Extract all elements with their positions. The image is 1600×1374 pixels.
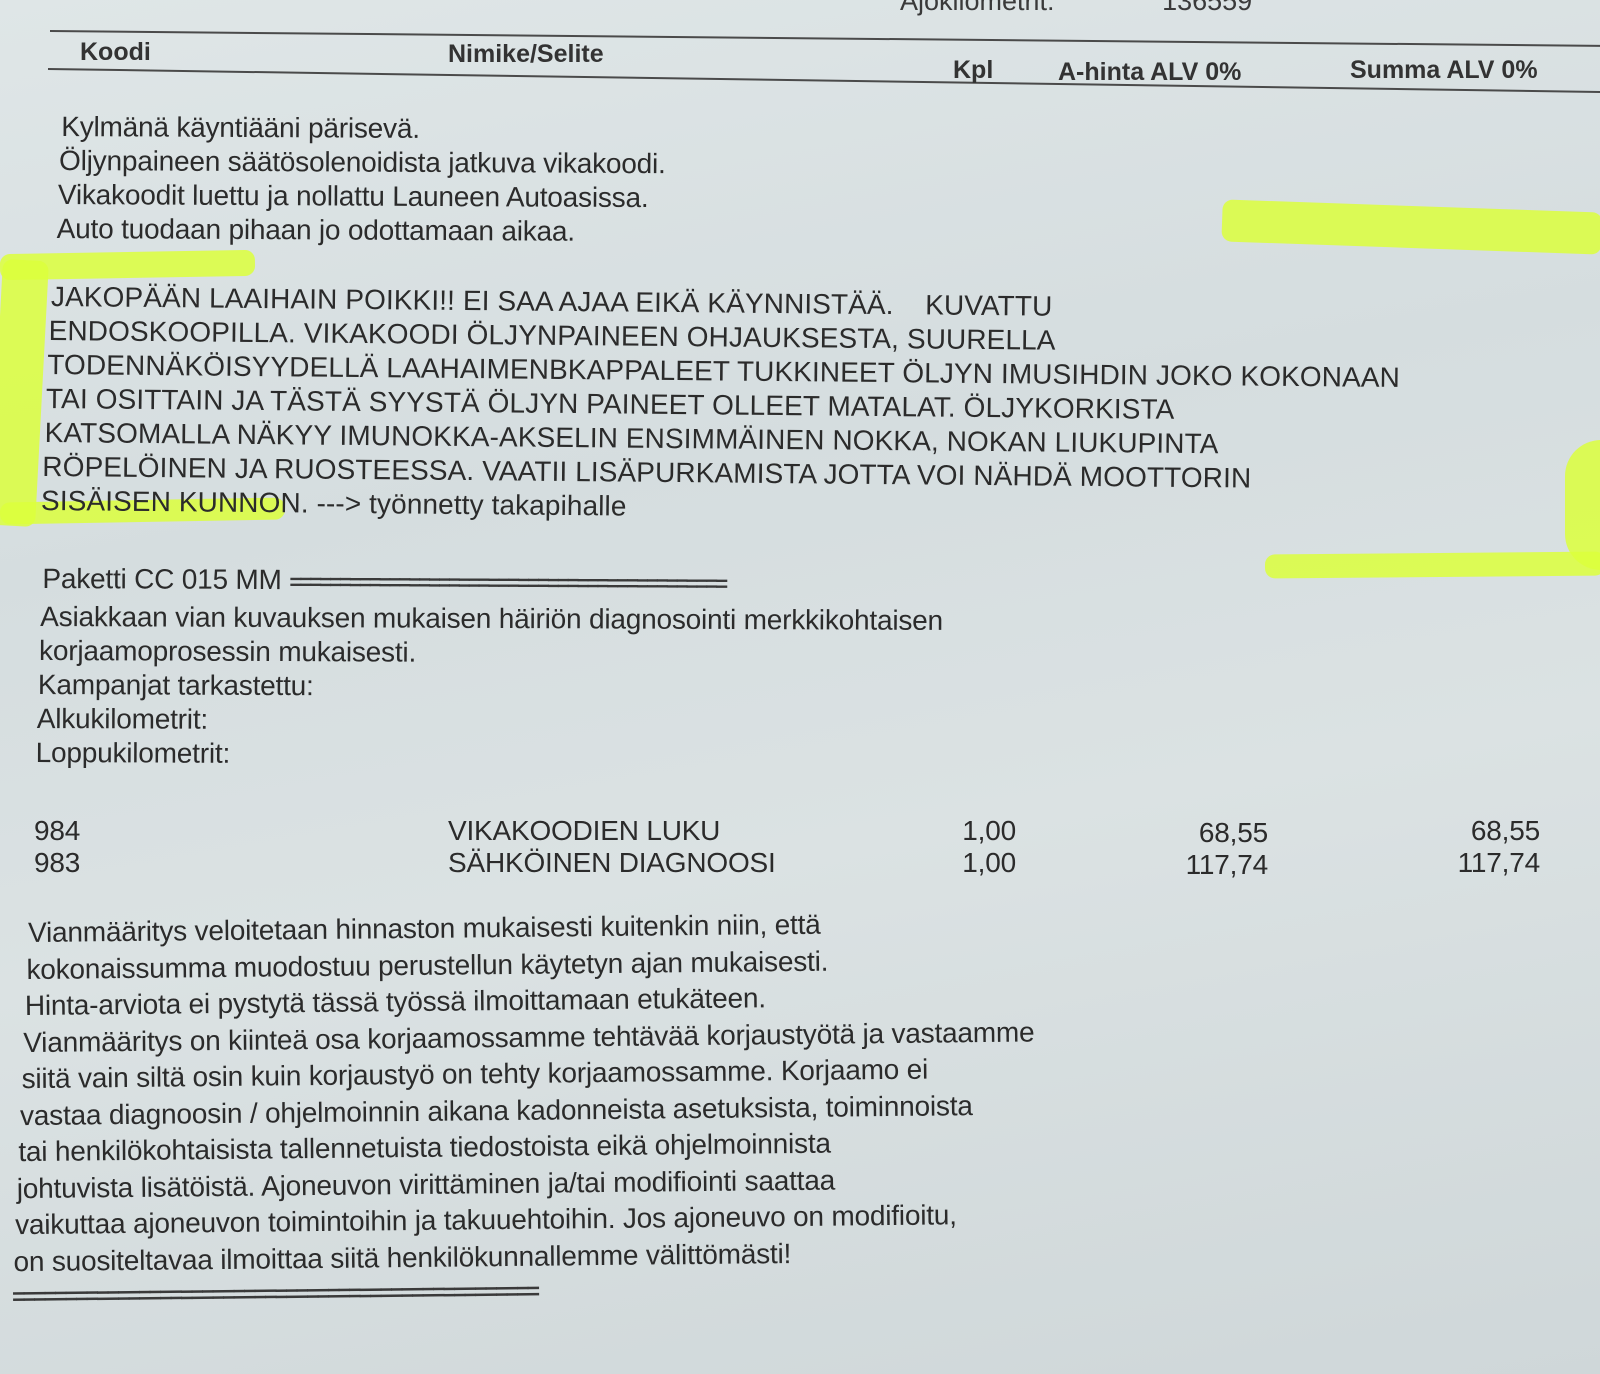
item-code: 984	[34, 814, 80, 848]
note-line: Öljynpaineen säätösolenoidista jatkuva v…	[59, 144, 666, 181]
highlighter-mark-top-right	[1221, 199, 1600, 254]
package-block: Paketti CC 015 MM ======================…	[40, 562, 944, 774]
col-header-unit-price: A-hinta ALV 0%	[1058, 58, 1241, 87]
package-line: Alkukilometrit:	[37, 702, 943, 740]
item-code: 983	[34, 846, 80, 880]
item-qty: 1,00	[900, 846, 1016, 880]
col-header-description: Nimike/Selite	[448, 40, 604, 69]
invoice-photo: Ajokilometrit: 136559 Koodi Nimike/Selit…	[0, 0, 1600, 1374]
package-title-row: Paketti CC 015 MM ======================…	[42, 562, 943, 604]
terms-block: Vianmääritys veloitetaan hinnaston mukai…	[28, 904, 1037, 1316]
item-description: SÄHKÖINEN DIAGNOOSI	[448, 846, 776, 880]
package-line: Asiakkaan vian kuvauksen mukaisen häiriö…	[40, 600, 943, 638]
item-unit-price: 68,55	[1100, 816, 1268, 850]
col-header-total: Summa ALV 0%	[1350, 56, 1538, 85]
col-header-qty: Kpl	[953, 56, 993, 85]
customer-notes: Kylmänä käyntiääni pärisevä. Öljynpainee…	[57, 110, 666, 249]
package-line: Kampanjat tarkastettu:	[38, 668, 943, 706]
note-line: Kylmänä käyntiääni pärisevä.	[61, 110, 666, 147]
mileage-row-partial: Ajokilometrit: 136559	[900, 0, 1252, 17]
item-total: 117,74	[1370, 846, 1540, 880]
package-line: Loppukilometrit:	[36, 736, 943, 774]
highlighter-mark-bottom-right	[1265, 552, 1600, 579]
highlighter-mark-right-curve	[1565, 440, 1600, 570]
mechanic-finding: JAKOPÄÄN LAAIHAIN POIKKI!! EI SAA AJAA E…	[45, 280, 1401, 531]
header-rule-top	[50, 30, 1600, 47]
item-description: VIKAKOODIEN LUKU	[448, 814, 720, 848]
mileage-value: 136559	[1162, 0, 1252, 16]
package-title: Paketti CC 015 MM	[42, 563, 281, 595]
note-line: Vikakoodit luettu ja nollattu Launeen Au…	[58, 178, 666, 215]
item-total: 68,55	[1370, 814, 1540, 848]
note-line: Auto tuodaan pihaan jo odottamaan aikaa.	[57, 212, 666, 249]
item-unit-price: 117,74	[1100, 848, 1268, 882]
package-line: korjaamoprosessin mukaisesti.	[39, 634, 943, 672]
mileage-label: Ajokilometrit:	[900, 0, 1055, 16]
package-separator: ========================================…	[289, 571, 725, 598]
col-header-code: Koodi	[80, 38, 151, 67]
item-qty: 1,00	[900, 814, 1016, 848]
